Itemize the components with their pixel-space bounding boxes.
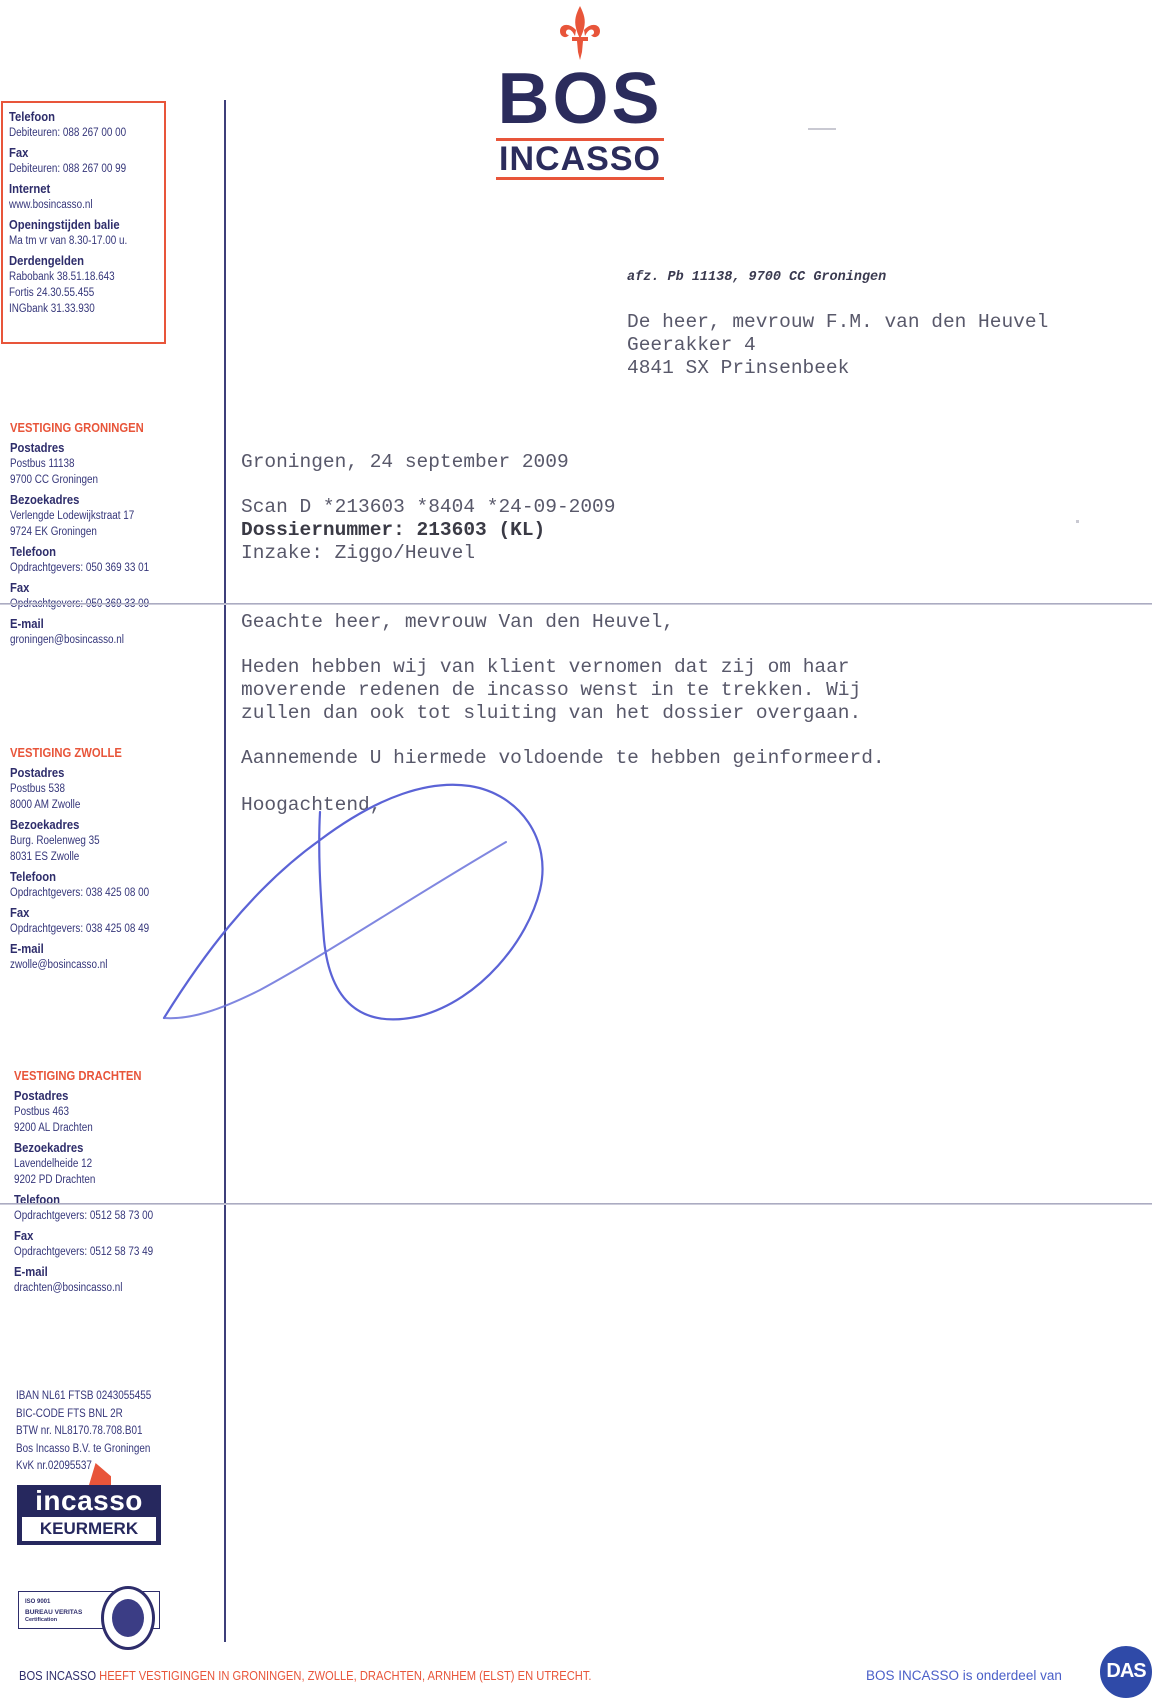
contact-group: FaxOpdrachtgevers: 0512 58 73 49 (14, 1228, 214, 1260)
scan-line: Scan D *213603 *8404 *24-09-2009 (241, 496, 615, 519)
fleur-de-lis-icon (555, 6, 605, 60)
footer-branches: BOS INCASSO HEEFT VESTIGINGEN IN GRONING… (19, 1668, 592, 1683)
contact-value: Postbus 538 (10, 781, 182, 797)
dossier-number: Dossiernummer: 213603 (KL) (241, 519, 615, 542)
contact-value: Ma tm vr van 8.30-17.00 u. (9, 233, 137, 249)
sign-off-text: Hoogachtend, (241, 794, 381, 817)
recipient-name: De heer, mevrouw F.M. van den Heuvel (627, 311, 1048, 334)
bank-info-line: BTW nr. NL8170.78.708.B01 (16, 1423, 151, 1441)
contact-label: Postadres (10, 765, 190, 781)
handwritten-signature (160, 780, 560, 1030)
veritas-seal-icon (101, 1586, 155, 1650)
contact-value: INGbank 31.33.930 (9, 301, 137, 317)
salutation: Geachte heer, mevrouw Van den Heuvel, (241, 611, 674, 634)
closing-sentence: Aannemende U hiermede voldoende te hebbe… (241, 747, 885, 770)
contact-label: Telefoon (10, 869, 190, 885)
contact-value: Verlengde Lodewijkstraat 17 (10, 508, 182, 524)
contact-group: TelefoonOpdrachtgevers: 0512 58 73 00 (14, 1192, 214, 1224)
das-logo: DAS (1100, 1646, 1152, 1698)
iso-label: ISO 9001 (25, 1599, 50, 1605)
contact-group: TelefoonOpdrachtgevers: 050 369 33 01 (10, 544, 210, 576)
contact-group: PostadresPostbus 111389700 CC Groningen (10, 440, 210, 488)
branch-zwolle: VESTIGING ZWOLLEPostadresPostbus 5388000… (10, 745, 210, 977)
contact-label: Fax (10, 905, 190, 921)
sign-off: Hoogachtend, (241, 794, 381, 817)
contact-value: Rabobank 38.51.18.643 (9, 269, 137, 285)
contact-group: E-mailgroningen@bosincasso.nl (10, 616, 210, 648)
contact-label: Fax (14, 1228, 194, 1244)
contact-group: FaxOpdrachtgevers: 050 369 33 09 (10, 580, 210, 612)
bos-incasso-logo: BOS INCASSO (494, 6, 666, 180)
incasso-keurmerk-logo: incasso KEURMERK (17, 1485, 161, 1545)
contact-label: Telefoon (10, 544, 190, 560)
das-logo-text: DAS (1102, 1660, 1150, 1683)
brand-subtitle: INCASSO (494, 141, 666, 177)
recipient-street: Geerakker 4 (627, 334, 1048, 357)
contact-group: BezoekadresVerlengde Lodewijkstraat 1797… (10, 492, 210, 540)
contact-value: zwolle@bosincasso.nl (10, 957, 182, 973)
contact-label: Postadres (10, 440, 190, 456)
contact-value: groningen@bosincasso.nl (10, 632, 182, 648)
contact-value: Fortis 24.30.55.455 (9, 285, 137, 301)
contact-group: PostadresPostbus 4639200 AL Drachten (14, 1088, 214, 1136)
bank-info-line: KvK nr.02095537 (16, 1458, 151, 1476)
contact-label: Openingstijden balie (9, 217, 143, 233)
contact-value: Lavendelheide 12 (14, 1156, 186, 1172)
reference-block: Scan D *213603 *8404 *24-09-2009 Dossier… (241, 496, 615, 565)
contact-value: Burg. Roelenweg 35 (10, 833, 182, 849)
contact-value: 9724 EK Groningen (10, 524, 182, 540)
branch-drachten: VESTIGING DRACHTENPostadresPostbus 46392… (14, 1068, 214, 1300)
salutation-text: Geachte heer, mevrouw Van den Heuvel, (241, 611, 674, 634)
contact-value: Opdrachtgevers: 038 425 08 00 (10, 885, 182, 901)
contact-value: Opdrachtgevers: 050 369 33 01 (10, 560, 182, 576)
contact-value: Postbus 11138 (10, 456, 182, 472)
date-text: Groningen, 24 september 2009 (241, 451, 569, 474)
contact-group: PostadresPostbus 5388000 AM Zwolle (10, 765, 210, 813)
contact-label: Fax (10, 580, 190, 596)
contact-value: 8031 ES Zwolle (10, 849, 182, 865)
contact-label: E-mail (14, 1264, 194, 1280)
bank-info-line: Bos Incasso B.V. te Groningen (16, 1441, 151, 1459)
contact-value: 9202 PD Drachten (14, 1172, 186, 1188)
contact-value: Opdrachtgevers: 0512 58 73 49 (14, 1244, 186, 1260)
contact-group: Openingstijden balieMa tm vr van 8.30-17… (9, 217, 158, 249)
contact-label: Postadres (14, 1088, 194, 1104)
keurmerk-sub: KEURMERK (22, 1517, 156, 1541)
branch-title: VESTIGING ZWOLLE (10, 745, 190, 761)
contact-group: BezoekadresLavendelheide 129202 PD Drach… (14, 1140, 214, 1188)
contact-label: Internet (9, 181, 143, 197)
contact-value: drachten@bosincasso.nl (14, 1280, 186, 1296)
recipient-address: De heer, mevrouw F.M. van den Heuvel Gee… (627, 311, 1048, 380)
scan-speck (808, 128, 836, 130)
contact-label: Bezoekadres (14, 1140, 194, 1156)
contact-label: Bezoekadres (10, 492, 190, 508)
keurmerk-word: incasso (17, 1486, 161, 1516)
contact-group: FaxOpdrachtgevers: 038 425 08 49 (10, 905, 210, 937)
body-line: moverende redenen de incasso wenst in te… (241, 679, 861, 702)
contact-group: TelefoonDebiteuren: 088 267 00 00 (9, 109, 158, 141)
contact-value: Opdrachtgevers: 038 425 08 49 (10, 921, 182, 937)
contact-value: 8000 AM Zwolle (10, 797, 182, 813)
body-paragraph: Heden hebben wij van klient vernomen dat… (241, 656, 861, 725)
recipient-city: 4841 SX Prinsenbeek (627, 357, 1048, 380)
bank-info: IBAN NL61 FTSB 0243055455BIC-CODE FTS BN… (16, 1388, 173, 1476)
footer-branches-text: HEEFT VESTIGINGEN IN GRONINGEN, ZWOLLE, … (99, 1668, 591, 1683)
bank-info-line: IBAN NL61 FTSB 0243055455 (16, 1388, 151, 1406)
contact-group: FaxDebiteuren: 088 267 00 99 (9, 145, 158, 177)
place-date: Groningen, 24 september 2009 (241, 451, 569, 474)
footer-brand: BOS INCASSO (19, 1668, 96, 1683)
body-line: Heden hebben wij van klient vernomen dat… (241, 656, 861, 679)
contact-value: Debiteuren: 088 267 00 99 (9, 161, 137, 177)
contact-label: Telefoon (9, 109, 143, 125)
sender-address: afz. Pb 11138, 9700 CC Groningen (627, 270, 886, 285)
fold-line-lower (0, 1203, 1152, 1205)
contact-label: Telefoon (14, 1192, 194, 1208)
contact-value: 9200 AL Drachten (14, 1120, 186, 1136)
inzake-line: Inzake: Ziggo/Heuvel (241, 542, 615, 565)
fold-line-upper (0, 603, 1152, 605)
contact-label: E-mail (10, 616, 190, 632)
body-line: zullen dan ook tot sluiting van het doss… (241, 702, 861, 725)
contact-value: Opdrachtgevers: 0512 58 73 00 (14, 1208, 186, 1224)
veritas-label: BUREAU VERITAS (25, 1609, 82, 1616)
contact-group: Internetwww.bosincasso.nl (9, 181, 158, 213)
brand-name: BOS (494, 66, 666, 132)
contact-group: DerdengeldenRabobank 38.51.18.643Fortis … (9, 253, 158, 317)
branch-groningen: VESTIGING GRONINGENPostadresPostbus 1113… (10, 420, 210, 652)
margin-rule (224, 100, 226, 1642)
bureau-veritas-certification: ISO 9001 BUREAU VERITAS Certification (18, 1591, 160, 1629)
branch-title: VESTIGING GRONINGEN (10, 420, 190, 436)
contact-label: Derdengelden (9, 253, 143, 269)
certification-label: Certification (25, 1617, 57, 1623)
footer-das-note: BOS INCASSO is onderdeel van (866, 1668, 1062, 1683)
contact-value: Debiteuren: 088 267 00 00 (9, 125, 137, 141)
contact-value: 9700 CC Groningen (10, 472, 182, 488)
contact-value: Postbus 463 (14, 1104, 186, 1120)
branch-title: VESTIGING DRACHTEN (14, 1068, 194, 1084)
scan-speck (1076, 520, 1079, 523)
contact-label: Bezoekadres (10, 817, 190, 833)
closing-text: Aannemende U hiermede voldoende te hebbe… (241, 747, 885, 770)
contact-group: E-maildrachten@bosincasso.nl (14, 1264, 214, 1296)
contact-label: Fax (9, 145, 143, 161)
contact-group: BezoekadresBurg. Roelenweg 358031 ES Zwo… (10, 817, 210, 865)
contact-group: TelefoonOpdrachtgevers: 038 425 08 00 (10, 869, 210, 901)
contact-value: www.bosincasso.nl (9, 197, 137, 213)
bank-info-line: BIC-CODE FTS BNL 2R (16, 1406, 151, 1424)
general-contact-box: TelefoonDebiteuren: 088 267 00 00FaxDebi… (1, 101, 166, 344)
contact-label: E-mail (10, 941, 190, 957)
contact-group: E-mailzwolle@bosincasso.nl (10, 941, 210, 973)
